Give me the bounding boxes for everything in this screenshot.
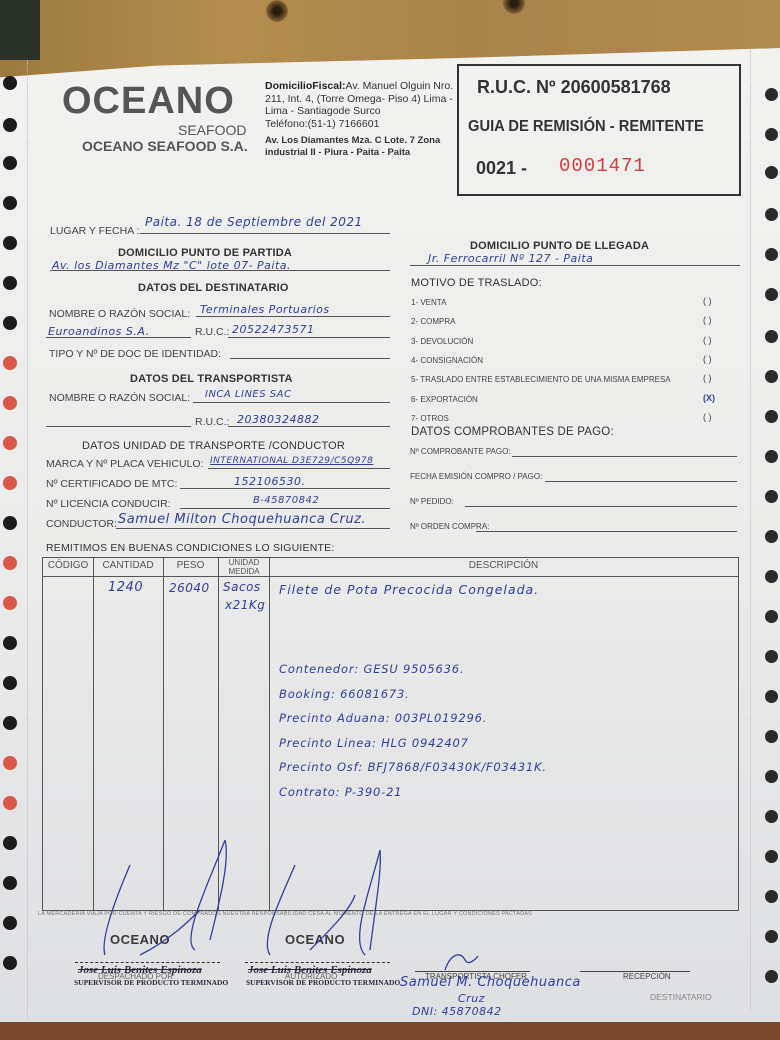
header-description: DESCRIPCIÓN (269, 560, 738, 571)
license-line (180, 508, 390, 509)
driver-signature-mark (440, 950, 480, 975)
recipient-sign-label: DESTINATARIO (650, 992, 712, 1002)
carrier-ruc-label: R.U.C.: (195, 416, 229, 428)
document-number: 0001471 (559, 155, 646, 177)
carrier-extra-line (46, 426, 191, 427)
recipient-ruc-label: R.U.C.: (195, 326, 229, 338)
transfer-reason-option: 3- DEVOLUCIÓN (411, 337, 473, 346)
goods-detail-line: Contrato: P-390-21 (279, 785, 402, 799)
payment-field-line[interactable] (476, 531, 737, 532)
carrier-name: INCA LINES SAC (205, 389, 291, 400)
header-quantity: CANTIDAD (93, 560, 163, 571)
place-date-value: Paita. 18 de Septiembre del 2021 (145, 215, 363, 229)
goods-detail-line: Precinto Aduana: 003PL019296. (279, 711, 487, 725)
driver-value: Samuel Milton Choquehuanca Cruz. (118, 512, 366, 527)
row-description: Filete de Pota Precocida Congelada. (279, 582, 539, 597)
recipient-name-line (196, 316, 390, 317)
driver-label: CONDUCTOR: (46, 518, 117, 530)
recipient-ruc: 20522473571 (232, 323, 314, 336)
carrier-ruc: 20380324882 (237, 413, 319, 426)
goods-detail-line: Precinto Linea: HLG 0942407 (279, 736, 469, 750)
transfer-reason-checkbox[interactable]: ( ) (703, 412, 712, 422)
right-perforation (750, 50, 751, 1010)
company-phone: Teléfono:(51-1) 7166601 (265, 118, 379, 130)
transfer-reason-title: MOTIVO DE TRASLADO: (411, 277, 542, 289)
goods-intro: REMITIMOS EN BUENAS CONDICIONES LO SIGUI… (46, 542, 334, 554)
bottom-edge (0, 1022, 780, 1040)
recipient-name-line1: Terminales Portuarios (200, 303, 330, 316)
payment-field-line[interactable] (545, 481, 737, 482)
row-unit-line1: Sacos (223, 580, 261, 594)
payment-field-line[interactable] (465, 506, 737, 507)
driver-dni: DNI: 45870842 (412, 1005, 502, 1018)
header-code: CÓDIGO (43, 560, 93, 571)
transfer-reason-checkbox[interactable]: ( ) (703, 335, 712, 345)
payment-field-label: Nº PEDIDO: (410, 497, 454, 506)
mtc-value: 152106530. (234, 475, 305, 488)
transfer-reason-option: 1- VENTA (411, 298, 446, 307)
company-logo-sub: SEAFOOD (178, 122, 246, 138)
header-unit: UNIDAD MEDIDA (219, 558, 269, 576)
transfer-reason-checkbox[interactable]: ( ) (703, 315, 712, 325)
recipient-title: DATOS DEL DESTINATARIO (138, 282, 289, 294)
transfer-reason-checkbox[interactable]: (X) (703, 393, 715, 403)
payment-title: DATOS COMPROBANTES DE PAGO: (411, 426, 614, 438)
wood-knot (266, 0, 288, 22)
transfer-reason-checkbox[interactable]: ( ) (703, 373, 712, 383)
transfer-reason-option: 6- EXPORTACIÓN (411, 395, 478, 404)
carrier-name-label: NOMBRE O RAZÓN SOCIAL: (49, 392, 190, 404)
place-date-line (140, 233, 390, 234)
plate-label: MARCA Y Nº PLACA VEHICULO: (46, 458, 204, 470)
goods-detail-line: Precinto Osf: BFJ7868/F03430K/F03431K. (279, 760, 547, 774)
company-logo: OCEANO (62, 80, 235, 123)
place-date-label: LUGAR Y FECHA : (50, 225, 139, 237)
left-perforation (27, 60, 28, 1020)
transfer-reason-option: 4- CONSIGNACIÓN (411, 356, 483, 365)
payment-field-label: Nº ORDEN COMPRA: (410, 522, 489, 531)
driver-line (116, 528, 390, 529)
license-value: B-45870842 (253, 495, 319, 506)
fiscal-address-label: DomicilioFiscal: (265, 80, 346, 92)
recipient-name-line2-line (46, 337, 191, 338)
transfer-reason-option: 2- COMPRA (411, 317, 455, 326)
table-header-divider (43, 576, 738, 577)
transfer-reason-checkbox[interactable]: ( ) (703, 296, 712, 306)
row-quantity: 1240 (108, 580, 143, 595)
row-unit-line2: x21Kg (225, 598, 265, 612)
recipient-id-label: TIPO Y Nº DE DOC DE IDENTIDAD: (49, 348, 221, 360)
payment-field-line[interactable] (512, 456, 737, 457)
ruc-number: R.U.C. Nº 20600581768 (477, 77, 671, 98)
license-label: Nº LICENCIA CONDUCIR: (46, 498, 171, 510)
driver-sign-cruz: Cruz (458, 992, 485, 1005)
recipient-ruc-line (228, 337, 390, 338)
destination-title: DOMICILIO PUNTO DE LLEGADA (470, 240, 649, 252)
driver-sign-name: Samuel M. Choquehuanca (400, 975, 581, 990)
left-feed-holes (0, 48, 30, 1028)
vehicle-title: DATOS UNIDAD DE TRANSPORTE /CONDUCTOR (82, 440, 345, 452)
right-feed-holes (750, 48, 780, 1028)
document-series: 0021 - (476, 158, 527, 179)
header-weight: PESO (163, 560, 218, 571)
goods-detail-line: Contenedor: GESU 9505636. (279, 662, 464, 676)
authorized-label: AUTORIZADO (285, 972, 337, 981)
dispatched-label: DESPACHADO POR (98, 972, 173, 981)
origin-line (50, 270, 390, 271)
carrier-ruc-line (228, 426, 390, 427)
reception-label: RECEPCIÓN (623, 972, 671, 981)
company-name: OCEANO SEAFOOD S.A. (82, 138, 248, 154)
transfer-reason-option: 7- OTROS (411, 414, 449, 423)
fiscal-address-block: DomicilioFiscal:Av. Manuel Olguin Nro. 2… (265, 80, 475, 130)
transfer-reason-option: 5- TRASLADO ENTRE ESTABLECIMIENTO DE UNA… (411, 375, 671, 384)
recipient-name-label: NOMBRE O RAZÓN SOCIAL: (49, 308, 190, 320)
destination-line (410, 265, 740, 266)
origin-title: DOMICILIO PUNTO DE PARTIDA (118, 247, 292, 259)
mtc-label: Nº CERTIFICADO DE MTC: (46, 478, 177, 490)
plate-value: INTERNATIONAL D3E729/C5Q978 (210, 456, 373, 466)
plant-address: Av. Los Diamantes Mza. C Lote. 7 Zona in… (265, 135, 465, 159)
carrier-name-line (193, 402, 390, 403)
row-weight: 26040 (169, 581, 210, 595)
mtc-line (180, 488, 390, 489)
carrier-title: DATOS DEL TRANSPORTISTA (130, 373, 293, 385)
goods-detail-line: Booking: 66081673. (279, 687, 410, 701)
recipient-id-line (230, 358, 390, 359)
transfer-reason-checkbox[interactable]: ( ) (703, 354, 712, 364)
plate-line (208, 468, 390, 469)
payment-field-label: FECHA EMISIÓN COMPRO / PAGO: (410, 472, 542, 481)
destination-value: Jr. Ferrocarril Nº 127 - Paita (428, 252, 593, 265)
payment-field-label: Nº COMPROBANTE PAGO: (410, 447, 511, 456)
signature-strokes (80, 840, 420, 970)
document-title: GUIA DE REMISIÓN - REMITENTE (468, 118, 704, 136)
